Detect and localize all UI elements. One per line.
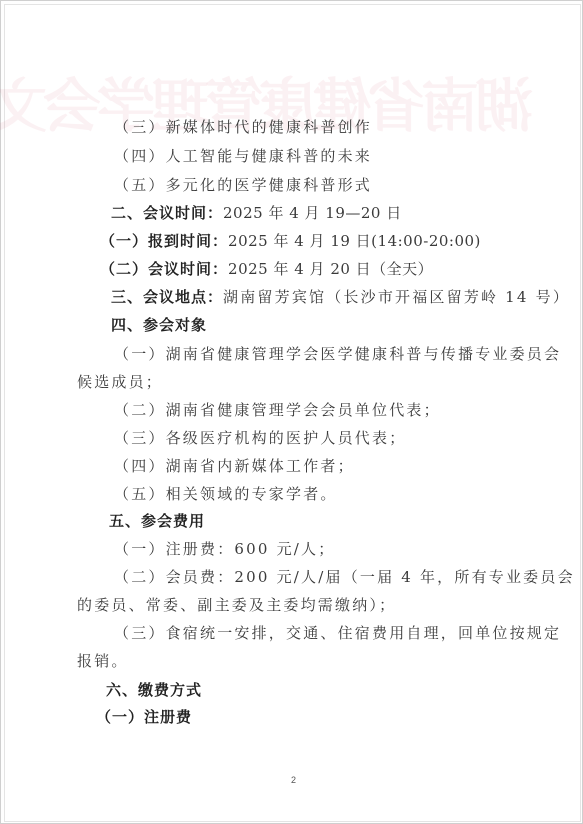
section-value: 2025 年 4 月 19—20 日 xyxy=(223,204,402,222)
document-page: 湖南省健康管理学会文件 （三）新媒体时代的健康科普创作 （四）人工智能与健康科普… xyxy=(4,4,581,822)
topic-number: （四） xyxy=(114,147,166,165)
attendee-item: （四）湖南省内新媒体工作者； xyxy=(114,457,355,475)
topic-number: （三） xyxy=(114,118,166,136)
meeting-day-item: （二）会议时间：2025 年 4 月 20 日（全天） xyxy=(100,260,433,278)
registration-time-item: （一）报到时间：2025 年 4 月 19 日(14:00-20:00) xyxy=(100,232,481,250)
item-number: （一） xyxy=(100,232,148,250)
payment-subheading: （一）注册费 xyxy=(96,708,192,726)
section-heading: 二、会议时间： xyxy=(111,204,223,222)
attendee-item-continuation: 候选成员； xyxy=(77,373,163,391)
topic-text: 新媒体时代的健康科普创作 xyxy=(166,118,372,136)
item-value: 2025 年 4 月 19 日(14:00-20:00) xyxy=(228,232,481,250)
topic-number: （五） xyxy=(114,176,166,194)
item-value: 2025 年 4 月 20 日（全天） xyxy=(228,260,433,278)
item-number: （二） xyxy=(100,260,148,278)
topic-item: （四）人工智能与健康科普的未来 xyxy=(114,147,372,165)
fee-item-continuation: 的委员、常委、副主委及主委均需缴纳）； xyxy=(77,596,396,614)
attendee-item: （一）湖南省健康管理学会医学健康科普与传播专业委员会 xyxy=(114,345,561,363)
topic-text: 多元化的医学健康科普形式 xyxy=(166,176,372,194)
page-number: 2 xyxy=(291,775,296,785)
attendee-text: （一）湖南省健康管理学会医学健康科普与传播专业委员会 xyxy=(114,345,561,363)
topic-item: （五）多元化的医学健康科普形式 xyxy=(114,176,372,194)
fee-item: （三）食宿统一安排，交通、住宿费用自理，回单位按规定 xyxy=(114,624,561,642)
section-value: 湖南留芳宾馆（长沙市开福区留芳岭 14 号） xyxy=(223,288,570,306)
fee-item: （一）注册费：600 元/人； xyxy=(114,540,335,558)
section-heading: 三、会议地点： xyxy=(111,288,223,306)
attendee-item: （三）各级医疗机构的医护人员代表； xyxy=(114,429,406,447)
section-fees-heading: 五、参会费用 xyxy=(109,512,205,530)
attendee-item: （二）湖南省健康管理学会会员单位代表； xyxy=(114,401,441,419)
document-frame: 湖南省健康管理学会文件 （三）新媒体时代的健康科普创作 （四）人工智能与健康科普… xyxy=(0,0,583,824)
item-label: 报到时间： xyxy=(148,232,228,250)
section-payment-heading: 六、缴费方式 xyxy=(106,681,202,699)
topic-item: （三）新媒体时代的健康科普创作 xyxy=(114,118,372,136)
fee-item: （二）会员费：200 元/人/届（一届 4 年，所有专业委员会 xyxy=(114,568,575,586)
section-attendees-heading: 四、参会对象 xyxy=(111,316,207,334)
topic-text: 人工智能与健康科普的未来 xyxy=(166,147,372,165)
fee-item-continuation: 报销。 xyxy=(77,652,129,670)
section-meeting-time: 二、会议时间：2025 年 4 月 19—20 日 xyxy=(111,204,402,222)
item-label: 会议时间： xyxy=(148,260,228,278)
attendee-item: （五）相关领域的专家学者。 xyxy=(114,485,338,503)
section-meeting-location: 三、会议地点：湖南留芳宾馆（长沙市开福区留芳岭 14 号） xyxy=(111,288,570,306)
